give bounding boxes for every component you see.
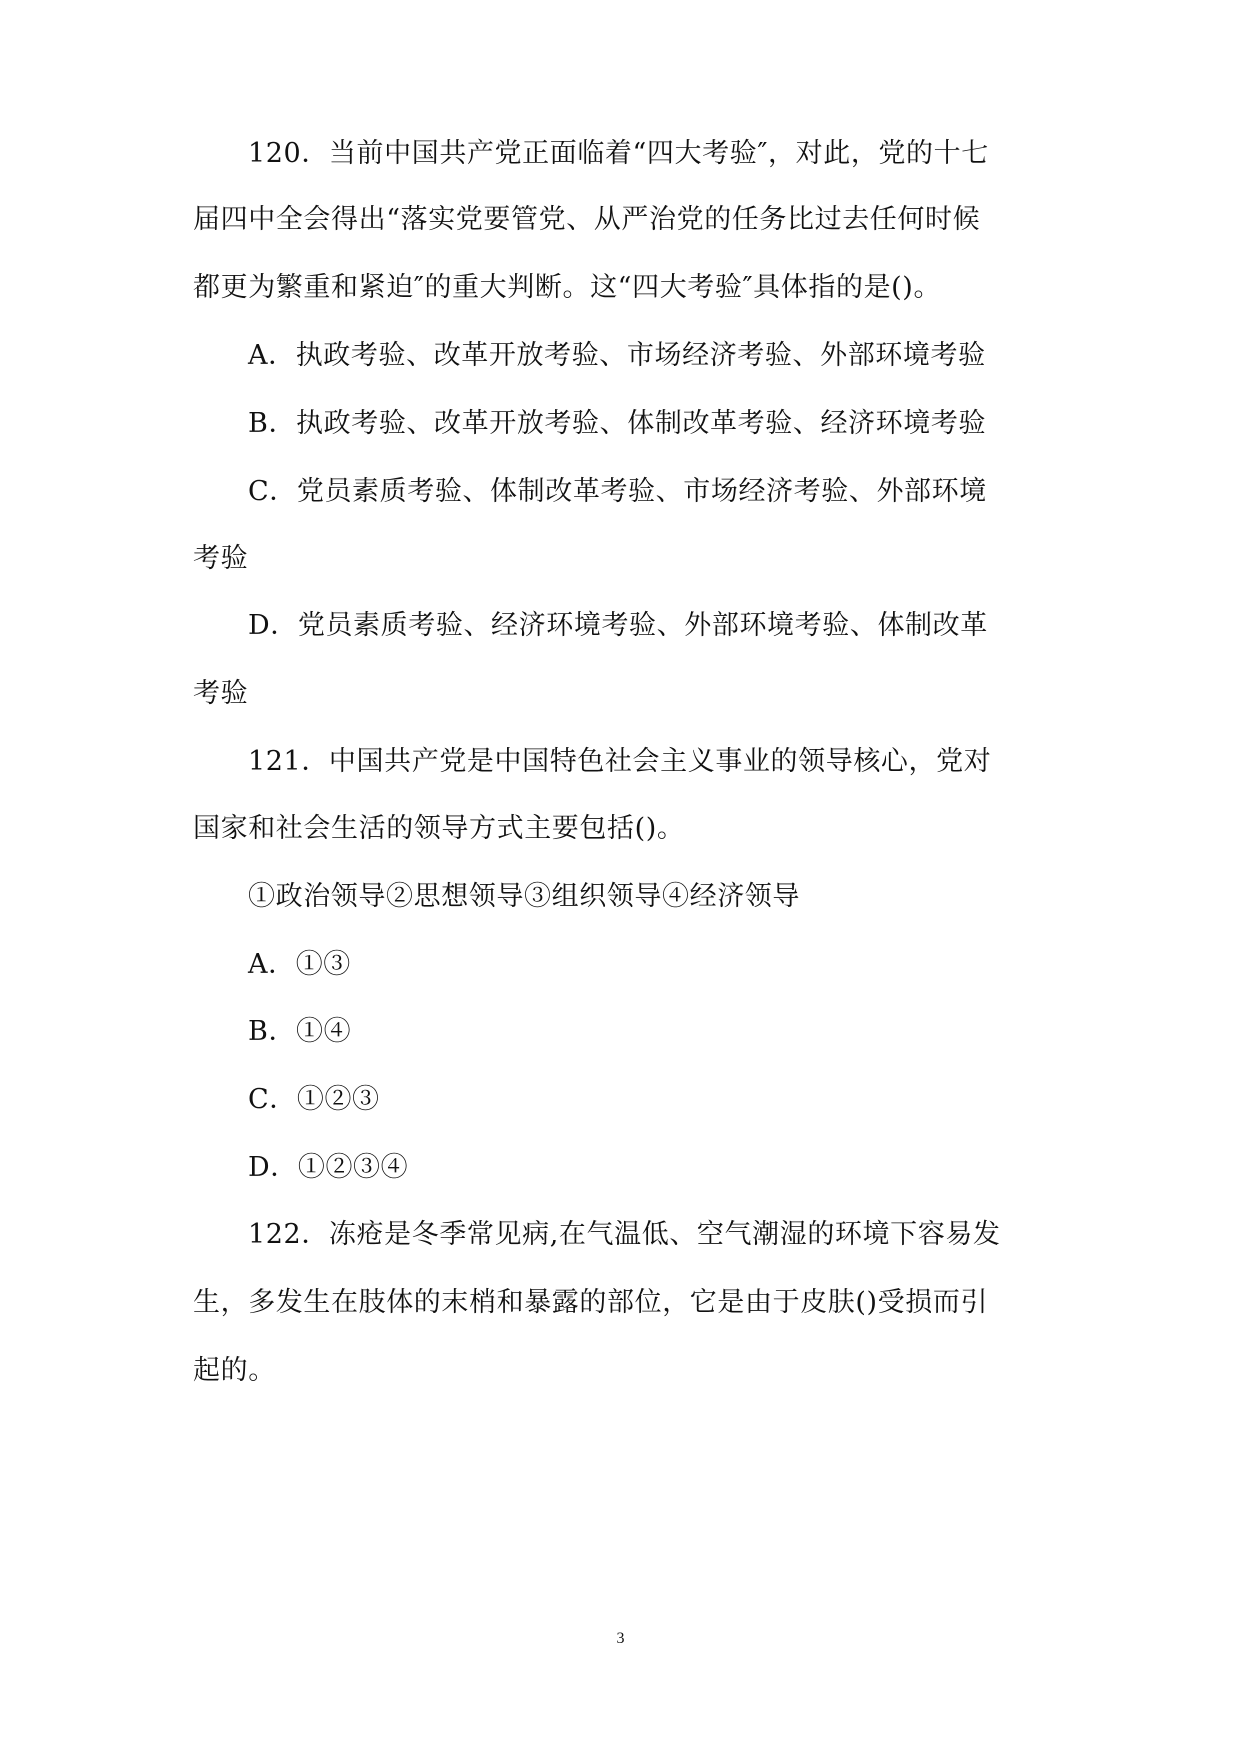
question-120-option-a: A．执政考验、改革开放考验、市场经济考验、外部环境考验 <box>248 338 1088 374</box>
question-121-option-c: C．①②③ <box>248 1082 1088 1118</box>
question-120-line-2: 届四中全会得出“落实党要管党、从严治党的任务比过去任何时候 <box>193 202 1033 238</box>
question-120-option-d-cont: 考验 <box>193 676 1033 712</box>
question-122-line-3: 起的。 <box>193 1353 1033 1389</box>
question-121-option-d: D．①②③④ <box>248 1150 1088 1186</box>
question-120-option-c: C．党员素质考验、体制改革考验、市场经济考验、外部环境 <box>248 474 1088 510</box>
page-number: 3 <box>0 1630 1241 1648</box>
question-120-option-c-cont: 考验 <box>193 541 1033 577</box>
question-121-line-2: 国家和社会生活的领导方式主要包括()。 <box>193 811 1033 847</box>
document-page: 120．当前中国共产党正面临着“四大考验″，对此，党的十七 届四中全会得出“落实… <box>0 0 1241 1754</box>
question-121-line-1: 121．中国共产党是中国特色社会主义事业的领导核心，党对 <box>248 744 1088 780</box>
question-120-line-1: 120．当前中国共产党正面临着“四大考验″，对此，党的十七 <box>248 136 1088 172</box>
question-121-statements: ①政治领导②思想领导③组织领导④经济领导 <box>248 879 1088 915</box>
question-121-option-a: A．①③ <box>248 947 1088 983</box>
question-120-option-b: B．执政考验、改革开放考验、体制改革考验、经济环境考验 <box>248 406 1088 442</box>
question-122-line-2: 生，多发生在肢体的末梢和暴露的部位，它是由于皮肤()受损而引 <box>193 1285 1033 1321</box>
question-120-line-3: 都更为繁重和紧迫″的重大判断。这“四大考验″具体指的是()。 <box>193 270 1033 306</box>
question-120-option-d: D．党员素质考验、经济环境考验、外部环境考验、体制改革 <box>248 608 1088 644</box>
question-122-line-1: 122．冻疮是冬季常见病,在气温低、空气潮湿的环境下容易发 <box>248 1217 1088 1253</box>
question-121-option-b: B．①④ <box>248 1014 1088 1050</box>
